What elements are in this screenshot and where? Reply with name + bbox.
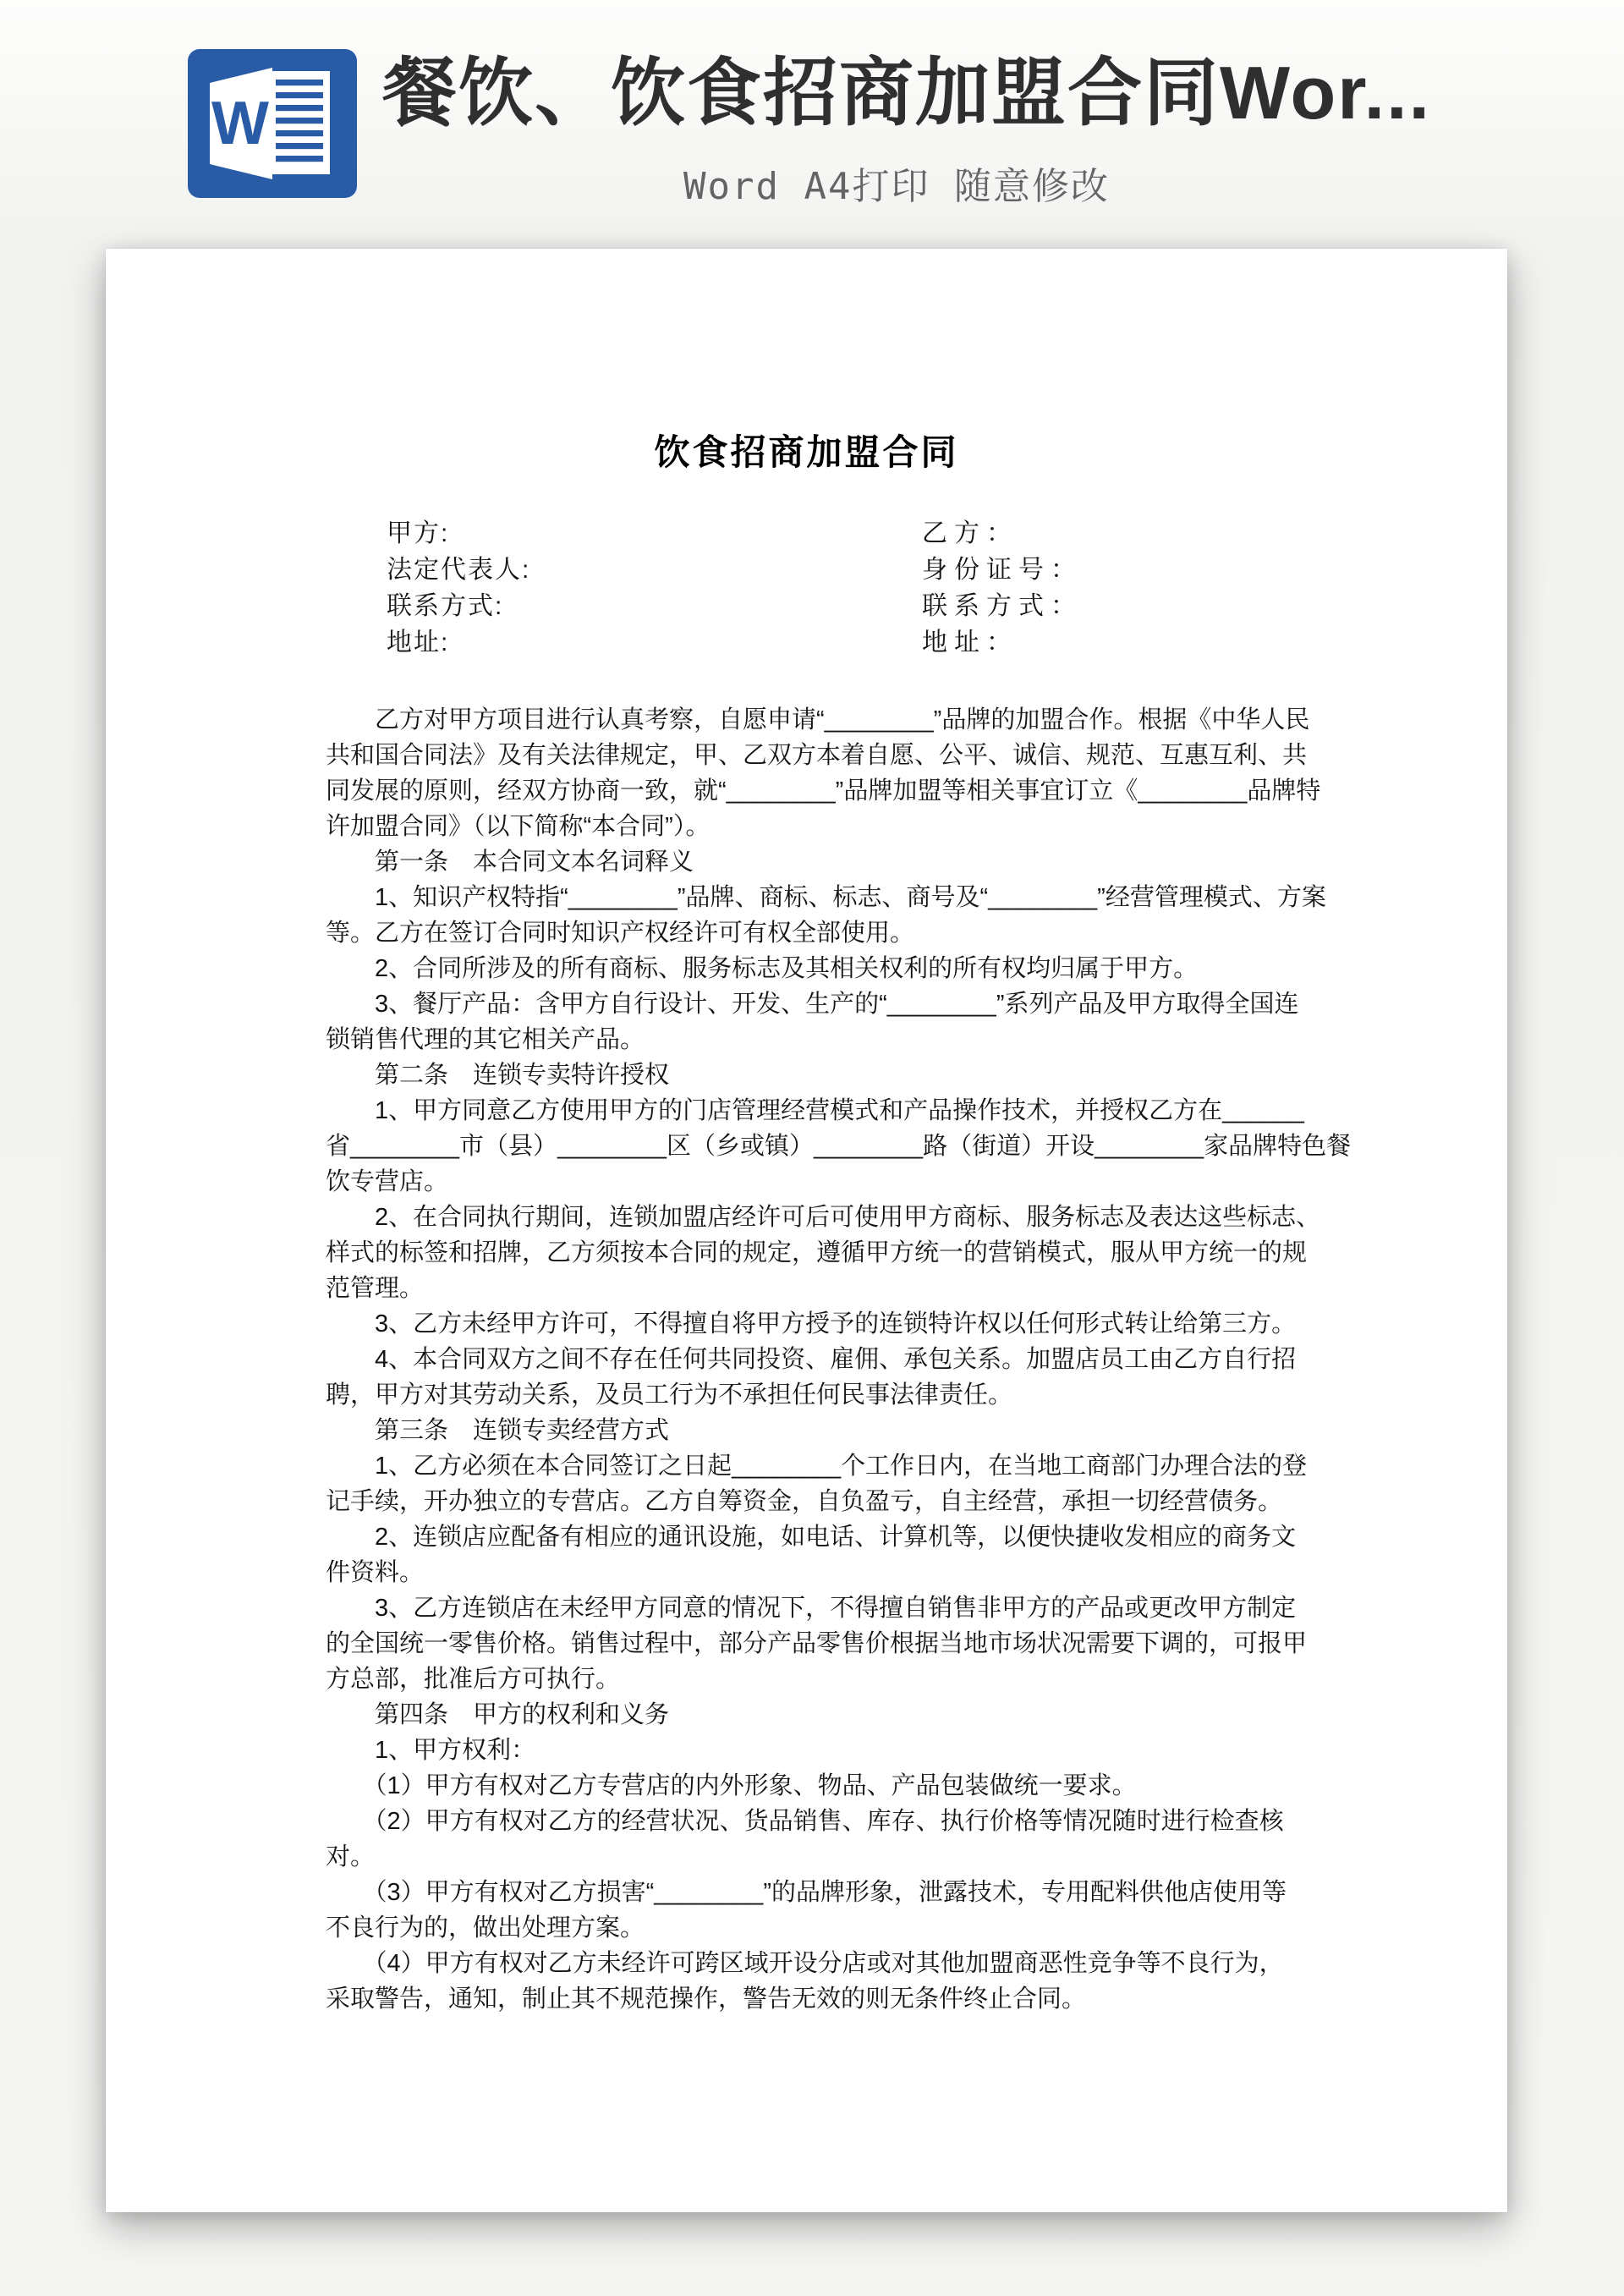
document-line: 样式的标签和招牌，乙方须按本合同的规定，遵循甲方统一的营销模式，服从甲方统一的规 — [326, 1235, 1319, 1271]
contact-b-label: 联系方式： — [922, 588, 1083, 624]
document-line: 不良行为的，做出处理方案。 — [326, 1910, 1319, 1946]
document-line: 聘，甲方对其劳动关系，及员工行为不承担任何民事法律责任。 — [326, 1377, 1319, 1413]
document-page: 饮食招商加盟合同 甲方: 乙方： 法定代表人: 身份证号： 联系方式: 联系方式… — [106, 249, 1507, 2212]
legal-rep-label: 法定代表人: — [326, 552, 530, 588]
address-a-label: 地址: — [326, 624, 449, 661]
document-line: 方总部，批准后方可执行。 — [326, 1662, 1319, 1697]
contact-a-label: 联系方式: — [326, 588, 503, 624]
party-a-label: 甲方: — [326, 515, 449, 552]
document-line: 4、本合同双方之间不存在任何共同投资、雇佣、承包关系。加盟店员工由乙方自行招 — [326, 1342, 1319, 1377]
document-line: 许加盟合同》（以下简称“本合同”）。 — [326, 809, 1319, 844]
party-row: 联系方式: 联系方式： — [326, 588, 1319, 624]
document-line: 的全国统一零售价格。销售过程中，部分产品零售价根据当地市场状况需要下调的，可报甲 — [326, 1626, 1319, 1662]
site-header: W 餐饮、饮食招商加盟合同Wor... Word A4打印 随意修改 — [0, 0, 1624, 249]
document-line: 2、连锁店应配备有相应的通讯设施，如电话、计算机等，以便快捷收发相应的商务文 — [326, 1519, 1319, 1555]
document-line: 3、乙方未经甲方许可，不得擅自将甲方授予的连锁特许权以任何形式转让给第三方。 — [326, 1306, 1319, 1342]
party-info: 甲方: 乙方： 法定代表人: 身份证号： 联系方式: 联系方式： 地址: 地址： — [326, 515, 1319, 661]
document-line: 1、甲方权利： — [326, 1733, 1319, 1768]
document-line: 2、合同所涉及的所有商标、服务标志及其相关权利的所有权均归属于甲方。 — [326, 951, 1319, 986]
svg-text:W: W — [211, 90, 269, 157]
document-line: 第二条 连锁专卖特许授权 — [326, 1057, 1319, 1093]
party-row: 甲方: 乙方： — [326, 515, 1319, 552]
document-line: 采取警告，通知，制止其不规范操作，警告无效的则无条件终止合同。 — [326, 1981, 1319, 2017]
document-line: （4）甲方有权对乙方未经许可跨区域开设分店或对其他加盟商恶性竞争等不良行为， — [326, 1946, 1319, 1981]
party-row: 地址: 地址： — [326, 624, 1319, 661]
document-line: 件资料。 — [326, 1555, 1319, 1590]
document-line: 1、知识产权特指“________”品牌、商标、标志、商号及“________”… — [326, 880, 1319, 915]
document-line: 2、在合同执行期间，连锁加盟店经许可后可使用甲方商标、服务标志及表达这些标志、 — [326, 1200, 1319, 1235]
document-line: （3）甲方有权对乙方损害“________”的品牌形象，泄露技术，专用配料供他店… — [326, 1875, 1319, 1910]
party-b-label: 乙方： — [922, 515, 1018, 552]
document-line: （1）甲方有权对乙方专营店的内外形象、物品、产品包装做统一要求。 — [326, 1768, 1319, 1804]
document-line: 第三条 连锁专卖经营方式 — [326, 1413, 1319, 1448]
document-line: 同发展的原则，经双方协商一致，就“________”品牌加盟等相关事宜订立《__… — [326, 773, 1319, 809]
document-line: 饮专营店。 — [326, 1164, 1319, 1200]
document-line: 等。乙方在签订合同时知识产权经许可有权全部使用。 — [326, 915, 1319, 951]
document-line: 1、乙方必须在本合同签订之日起________个工作日内，在当地工商部门办理合法… — [326, 1448, 1319, 1484]
document-line: 3、乙方连锁店在未经甲方同意的情况下，不得擅自销售非甲方的产品或更改甲方制定 — [326, 1590, 1319, 1626]
address-b-label: 地址： — [922, 624, 1018, 661]
file-title: 餐饮、饮食招商加盟合同Wor... — [382, 42, 1431, 144]
document-line: 锁销售代理的其它相关产品。 — [326, 1022, 1319, 1057]
document-line: 对。 — [326, 1839, 1319, 1875]
document-line: 第一条 本合同文本名词释义 — [326, 844, 1319, 880]
document-line: 1、甲方同意乙方使用甲方的门店管理经营模式和产品操作技术，并授权乙方在_____… — [326, 1093, 1319, 1129]
document-line: 范管理。 — [326, 1271, 1319, 1306]
id-number-label: 身份证号： — [922, 552, 1083, 588]
document-line: 第四条 甲方的权利和义务 — [326, 1697, 1319, 1733]
document-line: 省________市（县）________区（乡或镇）________路（街道）… — [326, 1129, 1319, 1164]
document-body: 乙方对甲方项目进行认真考察，自愿申请“________”品牌的加盟合作。根据《中… — [326, 702, 1319, 2017]
document-line: （2）甲方有权对乙方的经营状况、货品销售、库存、执行价格等情况随时进行检查核 — [326, 1804, 1319, 1839]
party-row: 法定代表人: 身份证号： — [326, 552, 1319, 588]
document-line: 共和国合同法》及有关法律规定，甲、乙双方本着自愿、公平、诚信、规范、互惠互利、共 — [326, 738, 1319, 773]
document-line: 记手续，开办独立的专营店。乙方自筹资金，自负盈亏，自主经营，承担一切经营债务。 — [326, 1484, 1319, 1519]
document-title: 饮食招商加盟合同 — [106, 425, 1507, 475]
file-subtitle: Word A4打印 随意修改 — [169, 156, 1624, 210]
document-line: 3、餐厅产品：含甲方自行设计、开发、生产的“________”系列产品及甲方取得… — [326, 986, 1319, 1022]
document-line: 乙方对甲方项目进行认真考察，自愿申请“________”品牌的加盟合作。根据《中… — [326, 702, 1319, 738]
